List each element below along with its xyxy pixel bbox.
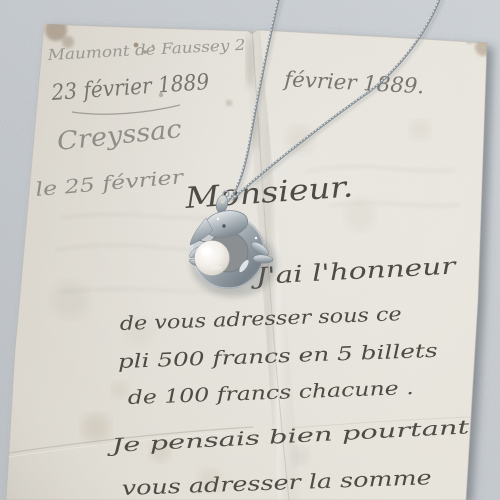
pearl-reflection [210,266,222,271]
photo-of-necklace-on-letter: Maumont de Faussey 2 février 1889. 23 fé… [0,0,500,500]
pearl-highlight [201,247,212,255]
sparkle [217,218,219,220]
photo-scene: Maumont de Faussey 2 février 1889. 23 fé… [0,0,500,500]
dolphin-eye [222,224,225,227]
sparkle [255,237,258,240]
pearl [195,241,230,276]
